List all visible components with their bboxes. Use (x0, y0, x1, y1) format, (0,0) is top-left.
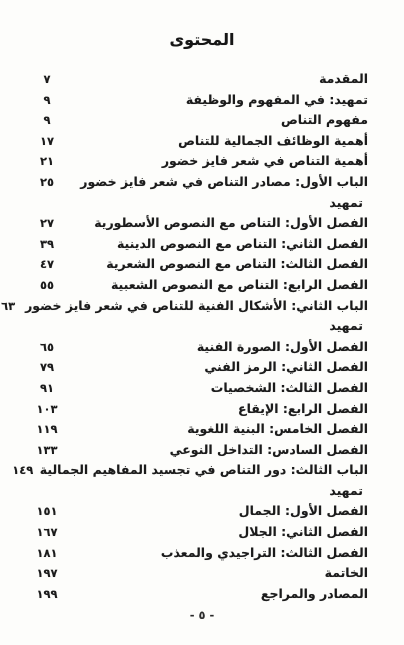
toc-entry-page-number: ٧٩ (30, 360, 64, 374)
toc-entry-page-number: ٧ (30, 72, 64, 86)
toc-entry-page-number: ٣٩ (30, 237, 64, 251)
toc-entry: أهمية التناص في شعر فايز خضور٢١ (30, 153, 368, 174)
toc-entry-page-number: ١٣٣ (30, 443, 64, 457)
toc-entry-label: تمهيد (329, 195, 363, 210)
toc-entry-page-number: ٤٧ (30, 257, 64, 271)
toc-entry-label: الفصل الثاني: الرمز الفني (204, 359, 368, 374)
toc-entry: المصادر والمراجع١٩٩ (30, 586, 368, 607)
toc-entry-page-number: ١٧ (30, 134, 64, 148)
toc-entry: تمهيد (30, 195, 368, 216)
toc-entry-label: تمهيد: في المفهوم والوظيفة (186, 92, 368, 107)
toc-entry-page-number: ١١٩ (30, 422, 64, 436)
toc-entry-page-number: ١٩٩ (30, 587, 64, 601)
toc-entry-page-number: ١٩٧ (30, 566, 64, 580)
toc-entry: الفصل الثالث: التناص مع النصوص الشعرية٤٧ (30, 256, 368, 277)
toc-entry-label: الفصل الأول: الصورة الفنية (197, 339, 368, 354)
toc-entry-label: الفصل الرابع: التناص مع النصوص الشعبية (111, 277, 368, 292)
toc-entry-label: الخاتمة (325, 565, 368, 580)
toc-entry: الفصل الرابع: الإيقاع١٠٣ (30, 401, 368, 422)
toc-entry-page-number: ٦٣ (0, 299, 25, 313)
toc-entry-label: الفصل الثالث: الشخصيات (211, 380, 368, 395)
page-title: المحتوى (0, 30, 404, 49)
toc-entry: الفصل الأول: التناص مع النصوص الأسطورية٢… (30, 215, 368, 236)
toc-entry-label: الباب الثالث: دور التناص في تجسيد المفاه… (40, 462, 368, 477)
toc-entry: مفهوم التناص٩ (30, 112, 368, 133)
toc-entry: الباب الثالث: دور التناص في تجسيد المفاه… (30, 462, 368, 483)
book-contents-page: المحتوى المقدمة٧تمهيد: في المفهوم والوظي… (0, 0, 404, 645)
toc-entry-label: الفصل الأول: الجمال (239, 503, 368, 518)
toc-entry: الفصل الثاني: الجلال١٦٧ (30, 524, 368, 545)
toc-entry: الخاتمة١٩٧ (30, 565, 368, 586)
toc-entry: الفصل الثالث: الشخصيات٩١ (30, 380, 368, 401)
toc-entry: الباب الأول: مصادر التناص في شعر فايز خض… (30, 174, 368, 195)
toc-entry-page-number: ٩ (30, 93, 64, 107)
toc-entry-page-number: ٩ (30, 113, 64, 127)
toc-entry-page-number: ١٨١ (30, 546, 64, 560)
toc-entry: أهمية الوظائف الجمالية للتناص١٧ (30, 133, 368, 154)
toc-entry-label: الباب الأول: مصادر التناص في شعر فايز خض… (80, 174, 368, 189)
toc-entry-label: مفهوم التناص (281, 112, 368, 127)
toc-entry-label: الفصل الثالث: التناص مع النصوص الشعرية (106, 256, 368, 271)
toc-entry-label: الفصل الثاني: الجلال (238, 524, 368, 539)
toc-entry-label: الفصل الثاني: التناص مع النصوص الدينية (117, 236, 368, 251)
toc-entry: الفصل الثاني: الرمز الفني٧٩ (30, 359, 368, 380)
toc-entry-label: تمهيد (329, 318, 363, 333)
toc-entry-page-number: ٢٧ (30, 216, 64, 230)
toc-list: المقدمة٧تمهيد: في المفهوم والوظيفة٩مفهوم… (30, 71, 368, 606)
toc-entry: تمهيد: في المفهوم والوظيفة٩ (30, 92, 368, 113)
toc-entry-page-number: ٥٥ (30, 278, 64, 292)
toc-entry-label: الفصل الأول: التناص مع النصوص الأسطورية (94, 215, 368, 230)
toc-entry-label: الفصل السادس: التداخل النوعي (170, 442, 368, 457)
footer-page-number: - ٥ - (0, 608, 404, 622)
toc-entry: الفصل الأول: الصورة الفنية٦٥ (30, 339, 368, 360)
toc-entry: تمهيد (30, 483, 368, 504)
toc-entry: الفصل السادس: التداخل النوعي١٣٣ (30, 442, 368, 463)
toc-entry-page-number: ١٤٩ (6, 463, 40, 477)
toc-entry: الفصل الخامس: البنية اللغوية١١٩ (30, 421, 368, 442)
toc-entry-page-number: ١٦٧ (30, 525, 64, 539)
toc-entry: الفصل الرابع: التناص مع النصوص الشعبية٥٥ (30, 277, 368, 298)
toc-entry-label: الفصل الرابع: الإيقاع (238, 401, 368, 416)
toc-entry-page-number: ١٠٣ (30, 402, 64, 416)
toc-entry-page-number: ٩١ (30, 381, 64, 395)
toc-entry-label: الفصل الخامس: البنية اللغوية (187, 421, 368, 436)
toc-entry: الفصل الثاني: التناص مع النصوص الدينية٣٩ (30, 236, 368, 257)
toc-entry-label: أهمية التناص في شعر فايز خضور (162, 153, 368, 168)
toc-entry-label: تمهيد (329, 483, 363, 498)
toc-entry-page-number: ١٥١ (30, 504, 64, 518)
toc-entry-label: الفصل الثالث: التراجيدي والمعذب (161, 545, 368, 560)
toc-entry: الفصل الأول: الجمال١٥١ (30, 503, 368, 524)
toc-entry: تمهيد (30, 318, 368, 339)
toc-entry-label: أهمية الوظائف الجمالية للتناص (178, 133, 368, 148)
toc-entry: الباب الثاني: الأشكال الفنية للتناص في ش… (30, 298, 368, 319)
toc-entry-label: الباب الثاني: الأشكال الفنية للتناص في ش… (25, 298, 368, 313)
toc-entry-page-number: ٦٥ (30, 340, 64, 354)
toc-entry-page-number: ٢٥ (30, 175, 64, 189)
toc-entry-page-number: ٢١ (30, 154, 64, 168)
toc-entry-label: المقدمة (319, 71, 368, 86)
toc-entry-label: المصادر والمراجع (261, 586, 368, 601)
toc-entry: الفصل الثالث: التراجيدي والمعذب١٨١ (30, 545, 368, 566)
toc-entry: المقدمة٧ (30, 71, 368, 92)
